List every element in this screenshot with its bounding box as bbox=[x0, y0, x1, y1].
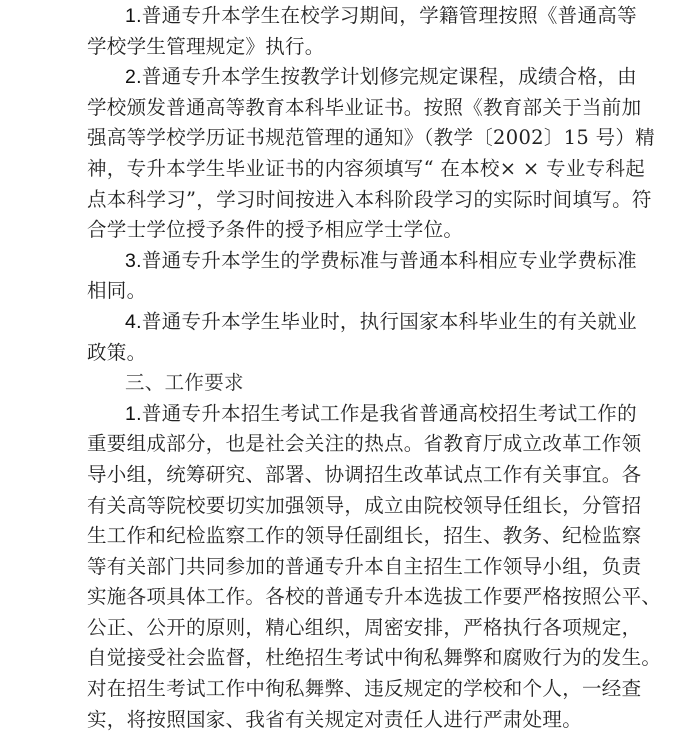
item-number: 3. bbox=[125, 250, 142, 272]
text-line: 强高等学校学历证书规范管理的通知》（教学〔2002〕15 号）精 bbox=[87, 123, 595, 154]
paragraph-graduation-certificate: 2.普通专升本学生按教学计划修完规定课程，成绩合格，由 学校颁发普通高等教育本科… bbox=[87, 62, 595, 246]
item-number: 4. bbox=[125, 311, 142, 333]
text-line: 3.普通专升本学生的学费标准与普通本科相应专业学费标准 bbox=[87, 246, 595, 277]
item-number: 1. bbox=[125, 403, 142, 425]
document-page: 1.普通专升本学生在校学习期间，学籍管理按照《普通高等 学校学生管理规定》执行。… bbox=[0, 0, 680, 740]
text-line: 政策。 bbox=[87, 338, 595, 369]
item-number: 1. bbox=[125, 5, 142, 27]
section-heading-work-requirements: 三、工作要求 bbox=[87, 368, 595, 399]
text-line: 学校学生管理规定》执行。 bbox=[87, 32, 595, 63]
text-line: 等有关部门共同参加的普通专升本自主招生工作领导小组，负责 bbox=[87, 552, 595, 583]
text-line: 实，将按照国家、我省有关规定对责任人进行严肃处理。 bbox=[87, 705, 595, 736]
text-line: 1.普通专升本招生考试工作是我省普通高校招生考试工作的 bbox=[87, 399, 595, 430]
text-line: 导小组，统筹研究、部署、协调招生改革试点工作有关事宜。各 bbox=[87, 460, 595, 491]
section-heading: 三、工作要求 bbox=[87, 368, 595, 399]
text-line: 2.普通专升本学生按教学计划修完规定课程，成绩合格，由 bbox=[87, 62, 595, 93]
text-line: 对在招生考试工作中徇私舞弊、违反规定的学校和个人，一经查 bbox=[87, 674, 595, 705]
text-line: 实施各项具体工作。各校的普通专升本选拔工作要严格按照公平、 bbox=[87, 582, 595, 613]
text-line: 神，专升本学生毕业证书的内容须填写“ 在本校× × 专业专科起 bbox=[87, 154, 595, 185]
text-line: 生工作和纪检监察工作的领导任副组长，招生、教务、纪检监察 bbox=[87, 521, 595, 552]
text-line: 自觉接受社会监督，杜绝招生考试中徇私舞弊和腐败行为的发生。 bbox=[87, 643, 595, 674]
paragraph-admission-work: 1.普通专升本招生考试工作是我省普通高校招生考试工作的 重要组成部分，也是社会关… bbox=[87, 399, 595, 736]
text-line: 1.普通专升本学生在校学习期间，学籍管理按照《普通高等 bbox=[87, 1, 595, 32]
text-line: 重要组成部分，也是社会关注的热点。省教育厅成立改革工作领 bbox=[87, 429, 595, 460]
document-body: 1.普通专升本学生在校学习期间，学籍管理按照《普通高等 学校学生管理规定》执行。… bbox=[87, 1, 595, 735]
text-line: 公正、公开的原则，精心组织，周密安排，严格执行各项规定， bbox=[87, 613, 595, 644]
paragraph-employment-policy: 4.普通专升本学生毕业时，执行国家本科毕业生的有关就业 政策。 bbox=[87, 307, 595, 368]
text-line: 4.普通专升本学生毕业时，执行国家本科毕业生的有关就业 bbox=[87, 307, 595, 338]
text-line: 有关高等院校要切实加强领导，成立由院校领导任组长，分管招 bbox=[87, 491, 595, 522]
text-line: 合学士学位授予条件的授予相应学士学位。 bbox=[87, 215, 595, 246]
text-line: 学校颁发普通高等教育本科毕业证书。按照《教育部关于当前加 bbox=[87, 93, 595, 124]
paragraph-student-status: 1.普通专升本学生在校学习期间，学籍管理按照《普通高等 学校学生管理规定》执行。 bbox=[87, 1, 595, 62]
text-line: 相同。 bbox=[87, 276, 595, 307]
item-number: 2. bbox=[125, 66, 142, 88]
text-line: 点本科学习”，学习时间按进入本科阶段学习的实际时间填写。符 bbox=[87, 185, 595, 216]
paragraph-tuition: 3.普通专升本学生的学费标准与普通本科相应专业学费标准 相同。 bbox=[87, 246, 595, 307]
